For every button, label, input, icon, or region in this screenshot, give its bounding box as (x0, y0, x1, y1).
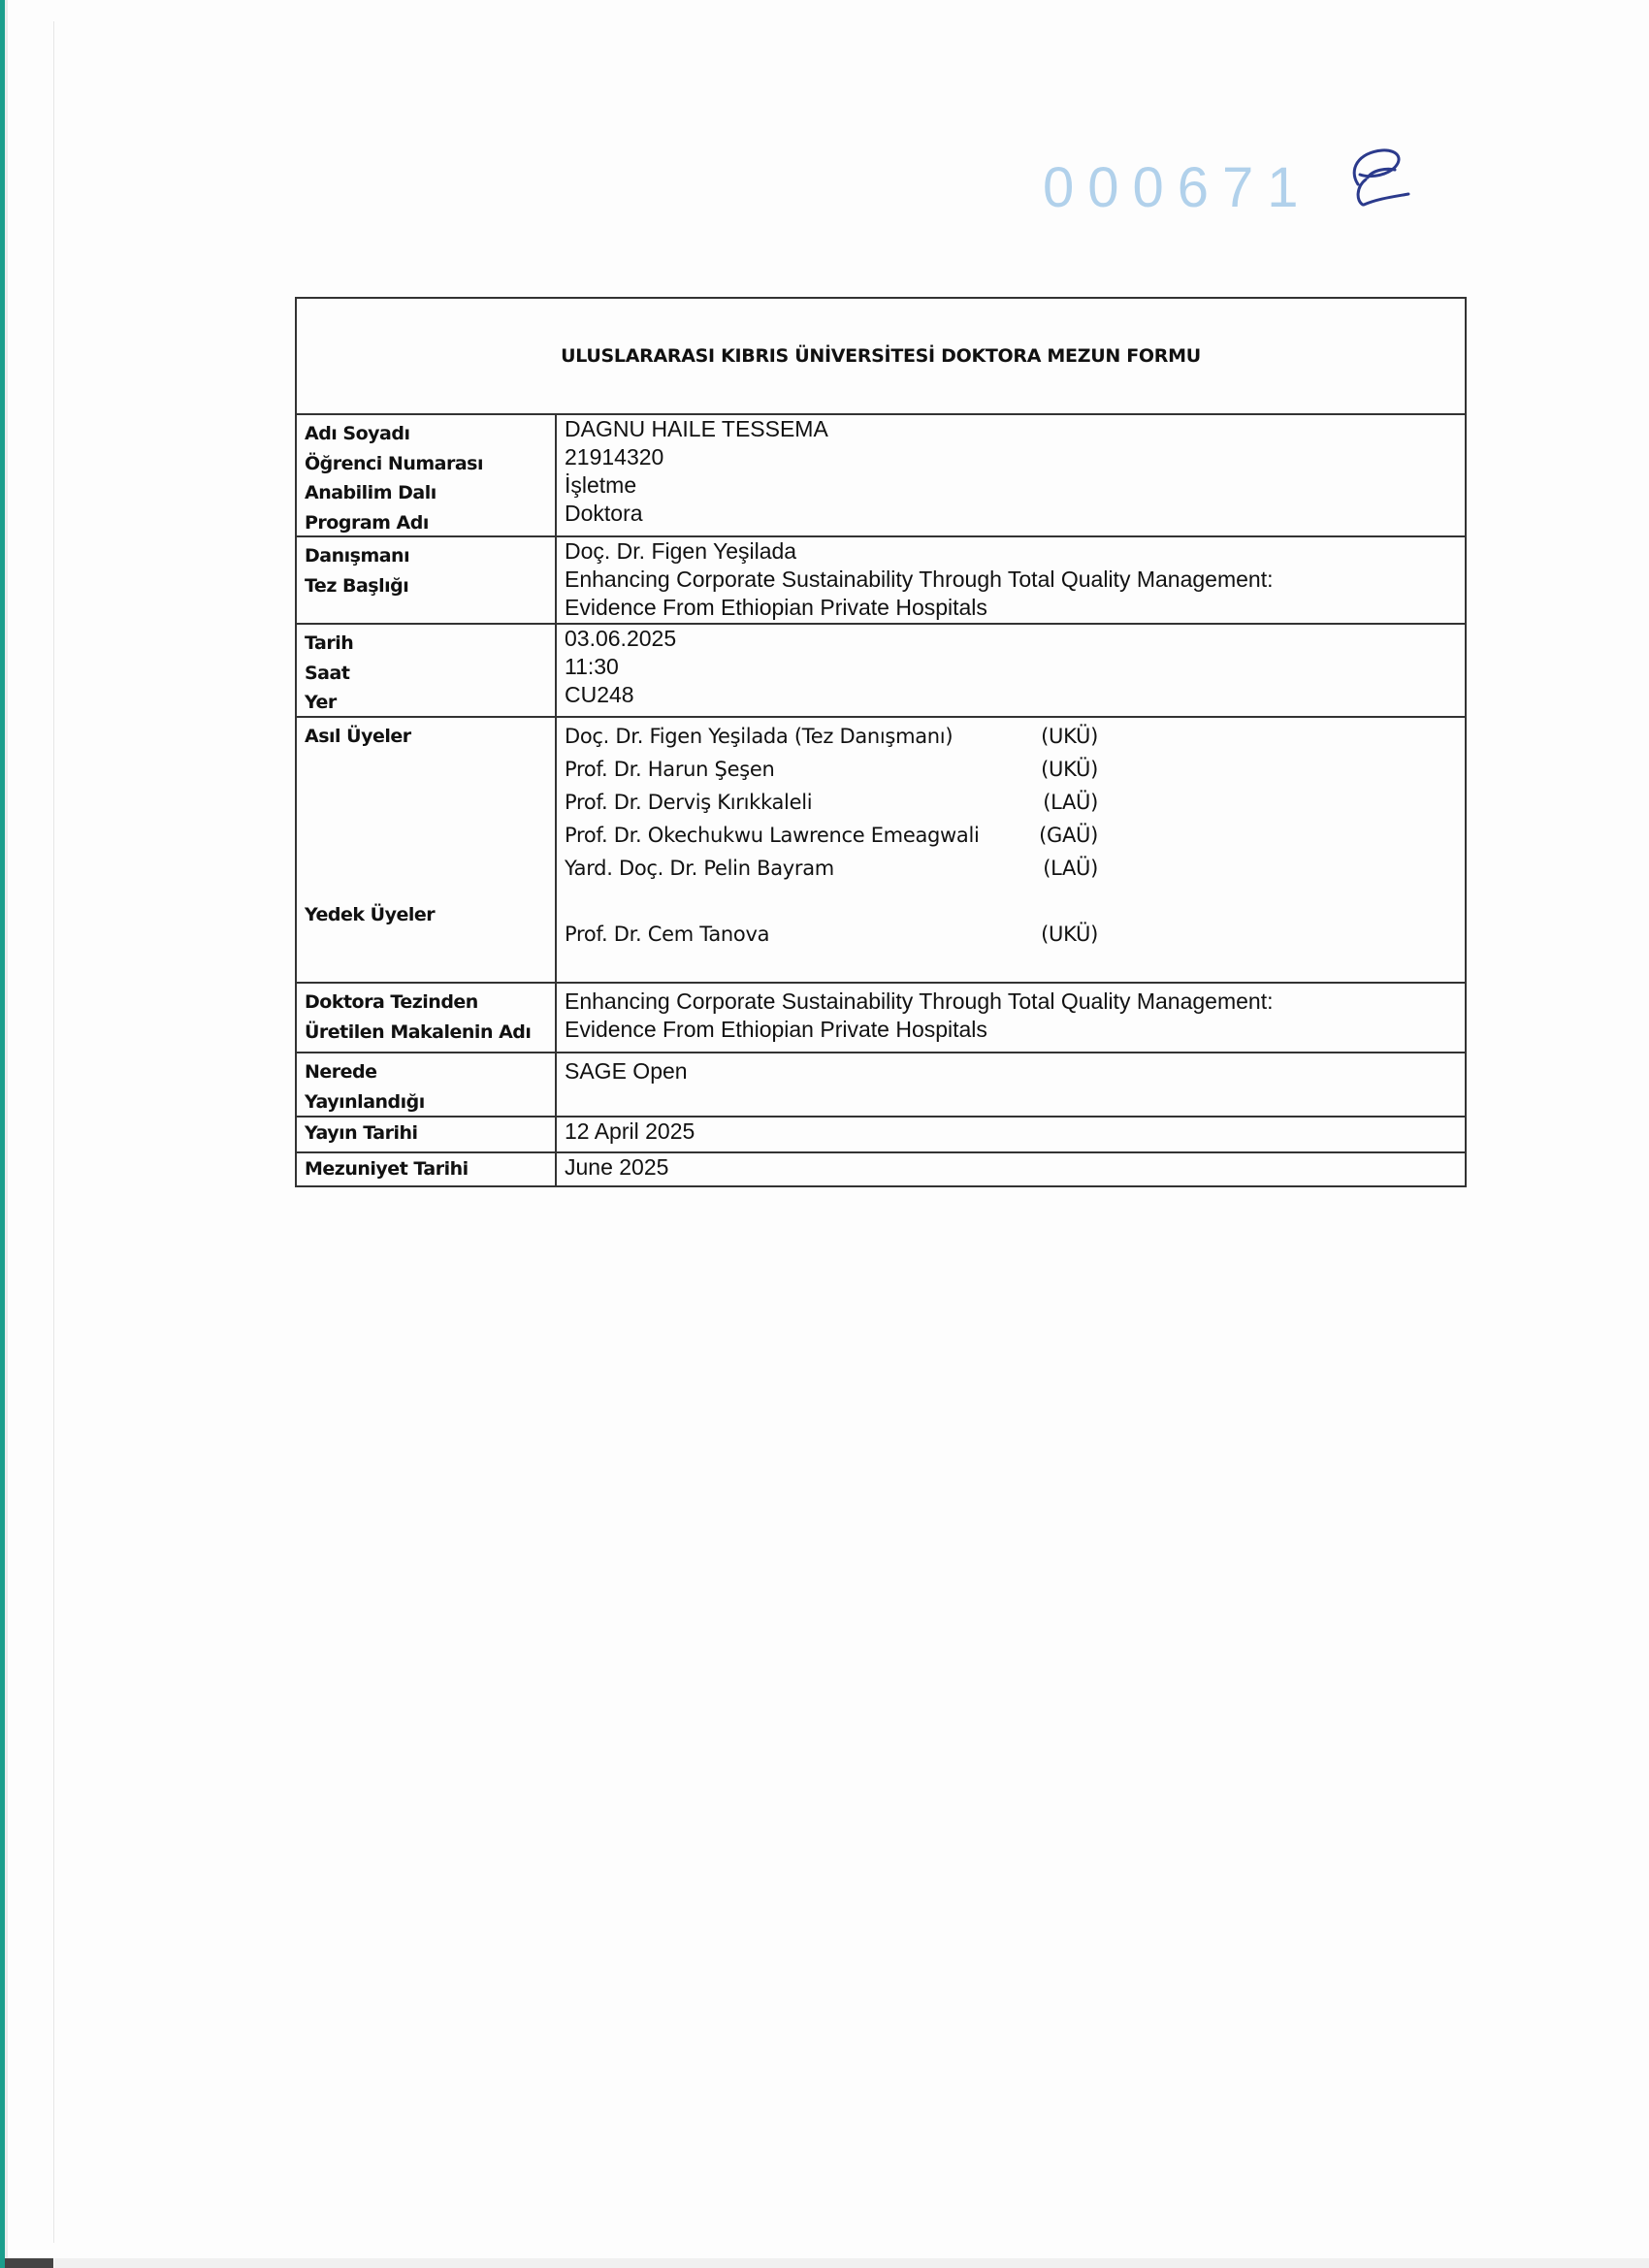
department: İşletme (565, 471, 1457, 500)
label-substitute-members: Yedek Üyeler (305, 900, 547, 930)
committee-member: Yard. Doç. Dr. Pelin Bayram (LAÜ) (565, 852, 1098, 885)
label-main-members: Asıl Üyeler (305, 722, 547, 752)
advisor: Doç. Dr. Figen Yeşilada (565, 537, 1457, 566)
scan-corner (5, 2258, 53, 2268)
defense-time: 11:30 (565, 653, 1457, 681)
label-graduation-date: Mezuniyet Tarihi (305, 1154, 547, 1184)
student-number: 21914320 (565, 443, 1457, 471)
scan-bottom-strip (54, 2258, 1649, 2268)
page-fold-line (53, 21, 54, 2243)
committee-member: Prof. Dr. Derviş Kırıkkaleli (LAÜ) (565, 786, 1098, 819)
signature-icon (1339, 141, 1416, 218)
member-affiliation: (UKÜ) (1041, 918, 1098, 951)
defense-date: 03.06.2025 (565, 625, 1457, 653)
publication-date-row: Yayın Tarihi 12 April 2025 (297, 1118, 1465, 1153)
label-publication-date: Yayın Tarihi (305, 1118, 547, 1149)
defense-place: CU248 (565, 681, 1457, 709)
label-time: Saat (305, 659, 547, 689)
committee-member: Prof. Dr. Harun Şeşen (UKÜ) (565, 753, 1098, 786)
thesis-title-line-2: Evidence From Ethiopian Private Hospital… (565, 594, 1457, 622)
student-name: DAGNU HAILE TESSEMA (565, 415, 1457, 443)
committee-row: Asıl Üyeler Yedek Üyeler Doç. Dr. Figen … (297, 718, 1465, 984)
member-name: Doç. Dr. Figen Yeşilada (Tez Danışmanı) (565, 720, 953, 753)
label-thesis-title: Tez Başlığı (305, 571, 547, 601)
article-title-line-1: Enhancing Corporate Sustainability Throu… (565, 988, 1457, 1016)
member-affiliation: (GAÜ) (1039, 819, 1098, 852)
member-name: Prof. Dr. Cem Tanova (565, 918, 769, 951)
defense-row: Tarih Saat Yer 03.06.2025 11:30 CU248 (297, 625, 1465, 718)
thesis-title-line-1: Enhancing Corporate Sustainability Throu… (565, 566, 1457, 594)
label-article-1: Doktora Tezinden (305, 988, 547, 1018)
member-name: Prof. Dr. Derviş Kırıkkaleli (565, 786, 812, 819)
committee-member: Prof. Dr. Okechukwu Lawrence Emeagwali (… (565, 819, 1098, 852)
label-department: Anabilim Dalı (305, 478, 547, 508)
member-affiliation: (UKÜ) (1041, 720, 1098, 753)
label-name: Adı Soyadı (305, 419, 547, 449)
scan-edge-shadow (5, 0, 8, 2268)
member-affiliation: (LAÜ) (1043, 786, 1098, 819)
program: Doktora (565, 500, 1457, 528)
substitute-member: Prof. Dr. Cem Tanova (UKÜ) (565, 918, 1098, 951)
form-title: ULUSLARARASI KIBRIS ÜNİVERSİTESİ DOKTORA… (297, 299, 1465, 415)
label-advisor: Danışmanı (305, 541, 547, 571)
label-place: Yer (305, 688, 547, 718)
article-title-line-2: Evidence From Ethiopian Private Hospital… (565, 1016, 1457, 1044)
committee-member: Doç. Dr. Figen Yeşilada (Tez Danışmanı) … (565, 720, 1098, 753)
member-name: Prof. Dr. Okechukwu Lawrence Emeagwali (565, 819, 980, 852)
thesis-row: Danışmanı Tez Başlığı Doç. Dr. Figen Yeş… (297, 537, 1465, 625)
document-number-stamp: 000671 (1043, 155, 1312, 220)
graduation-form: ULUSLARARASI KIBRIS ÜNİVERSİTESİ DOKTORA… (295, 297, 1467, 1187)
member-name: Prof. Dr. Harun Şeşen (565, 753, 774, 786)
label-date: Tarih (305, 629, 547, 659)
label-program: Program Adı (305, 508, 547, 538)
publication-date: 12 April 2025 (565, 1118, 1457, 1146)
publication-venue: SAGE Open (565, 1057, 1457, 1085)
label-article-2: Üretilen Makalenin Adı (305, 1018, 547, 1048)
student-info-row: Adı Soyadı Öğrenci Numarası Anabilim Dal… (297, 415, 1465, 537)
member-affiliation: (LAÜ) (1043, 852, 1098, 885)
label-student-number: Öğrenci Numarası (305, 449, 547, 479)
publication-venue-row: Nerede Yayınlandığı SAGE Open (297, 1053, 1465, 1118)
graduation-date: June 2025 (565, 1153, 1457, 1182)
member-name: Yard. Doç. Dr. Pelin Bayram (565, 852, 834, 885)
label-where-1: Nerede (305, 1057, 547, 1087)
graduation-date-row: Mezuniyet Tarihi June 2025 (297, 1153, 1465, 1185)
label-where-2: Yayınlandığı (305, 1087, 547, 1118)
article-row: Doktora Tezinden Üretilen Makalenin Adı … (297, 984, 1465, 1053)
member-affiliation: (UKÜ) (1041, 753, 1098, 786)
